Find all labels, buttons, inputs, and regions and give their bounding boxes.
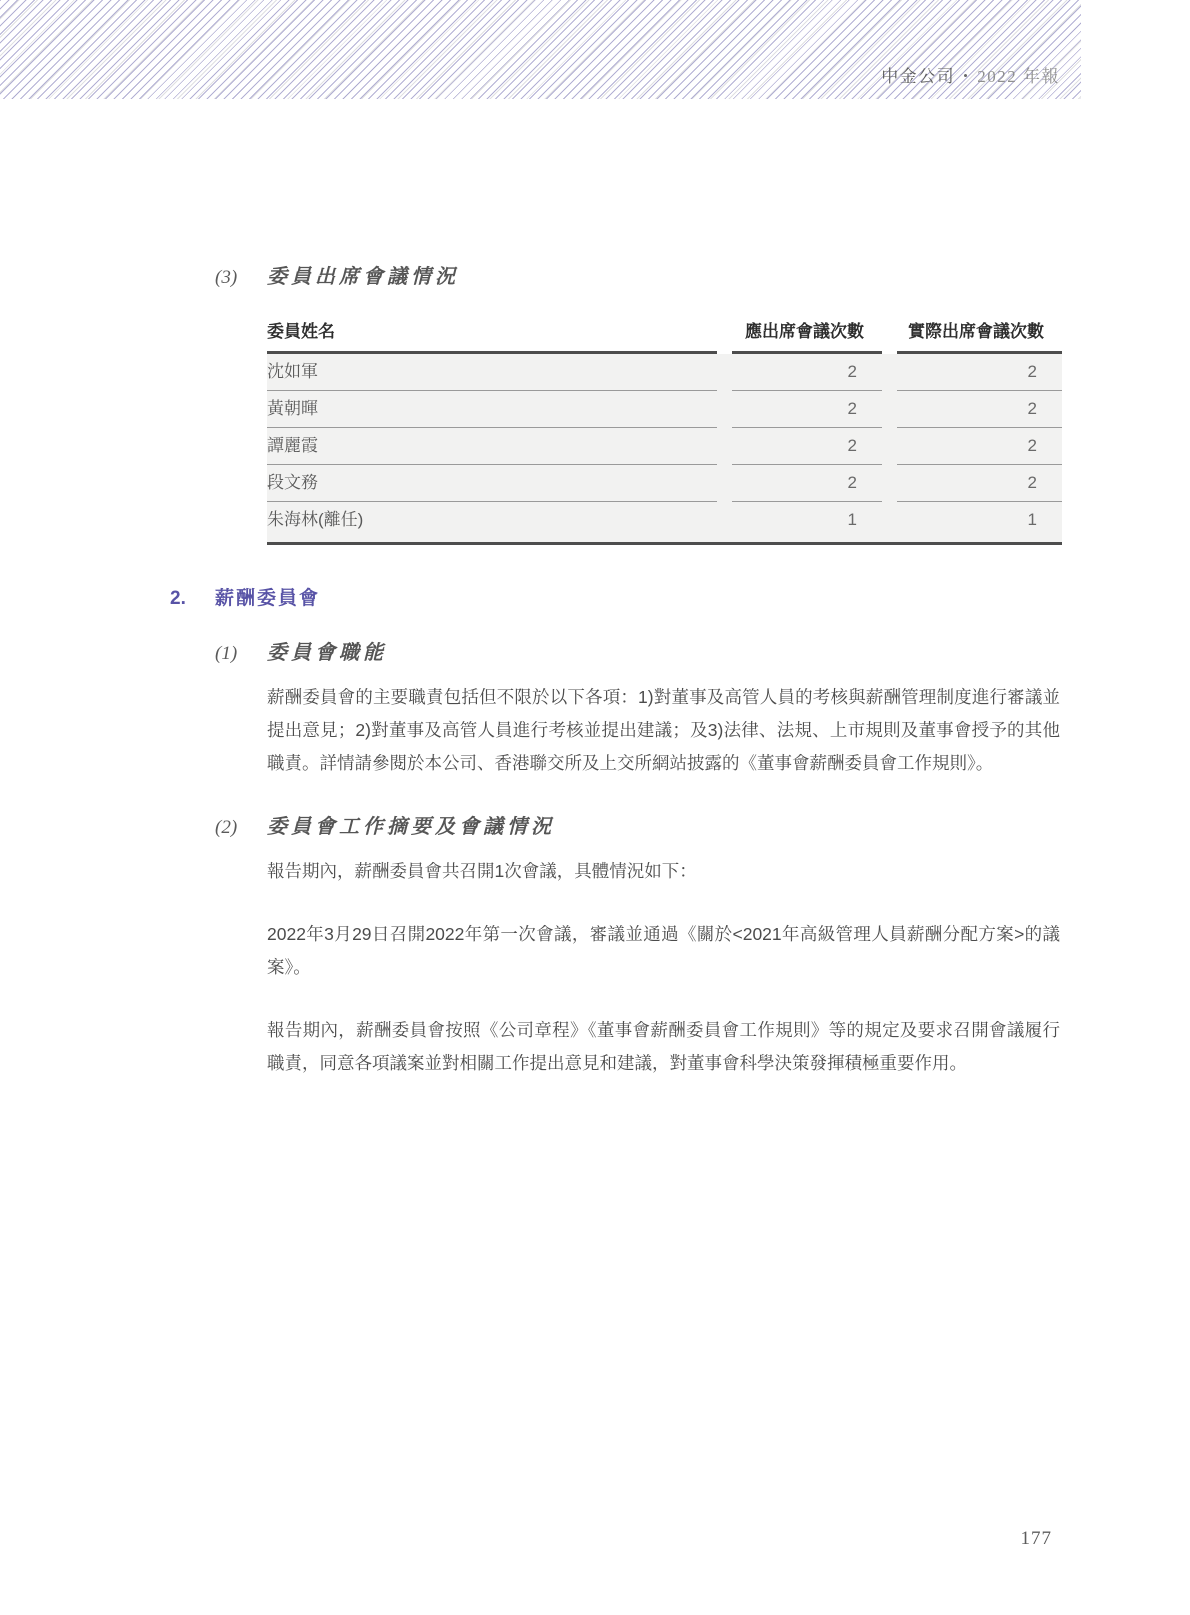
- column-header-name: 委員姓名: [267, 309, 717, 354]
- required-count: 2: [732, 391, 882, 428]
- remuneration-heading: 2. 薪酬委員會: [170, 583, 1060, 610]
- functions-heading-title: 委員會職能: [267, 636, 387, 665]
- attendance-heading: (3) 委員出席會議情況: [215, 260, 1060, 289]
- table-row: 譚麗霞 2 2: [267, 428, 1062, 465]
- attendance-heading-title: 委員出席會議情況: [267, 260, 459, 289]
- work-summary-heading-title: 委員會工作摘要及會議情況: [267, 810, 555, 839]
- remuneration-heading-title: 薪酬委員會: [215, 583, 320, 610]
- column-header-required: 應出席會議次數: [732, 309, 882, 354]
- member-name: 譚麗霞: [267, 428, 717, 465]
- work-summary-heading-number: (2): [215, 817, 267, 839]
- functions-subsection: (1) 委員會職能 薪酬委員會的主要職責包括但不限於以下各項：1)對董事及高管人…: [215, 636, 1060, 780]
- remuneration-section: 2. 薪酬委員會 (1) 委員會職能 薪酬委員會的主要職責包括但不限於以下各項：…: [170, 583, 1060, 1080]
- attendance-table-body: 沈如軍 2 2 黃朝暉 2 2 譚麗霞 2 2 段文務 2 2: [267, 354, 1062, 545]
- required-count: 2: [732, 428, 882, 465]
- actual-count: 2: [897, 428, 1062, 465]
- attendance-heading-number: (3): [215, 267, 267, 289]
- table-row: 段文務 2 2: [267, 465, 1062, 502]
- actual-count: 1: [897, 502, 1062, 542]
- remuneration-heading-number: 2.: [170, 588, 215, 610]
- actual-count: 2: [897, 391, 1062, 428]
- meeting-detail-paragraph: 2022年3月29日召開2022年第一次會議，審議並通過《關於<2021年高級管…: [267, 918, 1060, 984]
- member-name: 段文務: [267, 465, 717, 502]
- page-number: 177: [1021, 1528, 1053, 1550]
- member-name: 朱海林(離任): [267, 502, 717, 542]
- attendance-table-header: 委員姓名 應出席會議次數 實際出席會議次數: [267, 309, 1062, 354]
- table-row: 朱海林(離任) 1 1: [267, 502, 1062, 542]
- required-count: 2: [732, 354, 882, 391]
- required-count: 2: [732, 465, 882, 502]
- meetings-count-paragraph: 報告期內，薪酬委員會共召開1次會議，具體情況如下：: [267, 855, 1060, 888]
- compliance-paragraph: 報告期內，薪酬委員會按照《公司章程》《董事會薪酬委員會工作規則》等的規定及要求召…: [267, 1014, 1060, 1080]
- functions-paragraph: 薪酬委員會的主要職責包括但不限於以下各項：1)對董事及高管人員的考核與薪酬管理制…: [267, 681, 1060, 780]
- required-count: 1: [732, 502, 882, 542]
- column-header-actual: 實際出席會議次數: [897, 309, 1062, 354]
- member-name: 沈如軍: [267, 354, 717, 391]
- work-summary-body: 報告期內，薪酬委員會共召開1次會議，具體情況如下： 2022年3月29日召開20…: [267, 855, 1060, 1080]
- work-summary-heading: (2) 委員會工作摘要及會議情況: [215, 810, 1060, 839]
- work-summary-subsection: (2) 委員會工作摘要及會議情況 報告期內，薪酬委員會共召開1次會議，具體情況如…: [215, 810, 1060, 1080]
- actual-count: 2: [897, 465, 1062, 502]
- table-row: 沈如軍 2 2: [267, 354, 1062, 391]
- functions-heading-number: (1): [215, 643, 267, 665]
- member-name: 黃朝暉: [267, 391, 717, 428]
- table-row: 黃朝暉 2 2: [267, 391, 1062, 428]
- page-content: (3) 委員出席會議情況 委員姓名 應出席會議次數 實際出席會議次數 沈如軍 2…: [170, 0, 1060, 1080]
- attendance-section: (3) 委員出席會議情況 委員姓名 應出席會議次數 實際出席會議次數 沈如軍 2…: [215, 260, 1060, 545]
- functions-heading: (1) 委員會職能: [215, 636, 1060, 665]
- attendance-table: 委員姓名 應出席會議次數 實際出席會議次數 沈如軍 2 2 黃朝暉 2 2 譚麗…: [267, 309, 1062, 545]
- actual-count: 2: [897, 354, 1062, 391]
- functions-body: 薪酬委員會的主要職責包括但不限於以下各項：1)對董事及高管人員的考核與薪酬管理制…: [267, 681, 1060, 780]
